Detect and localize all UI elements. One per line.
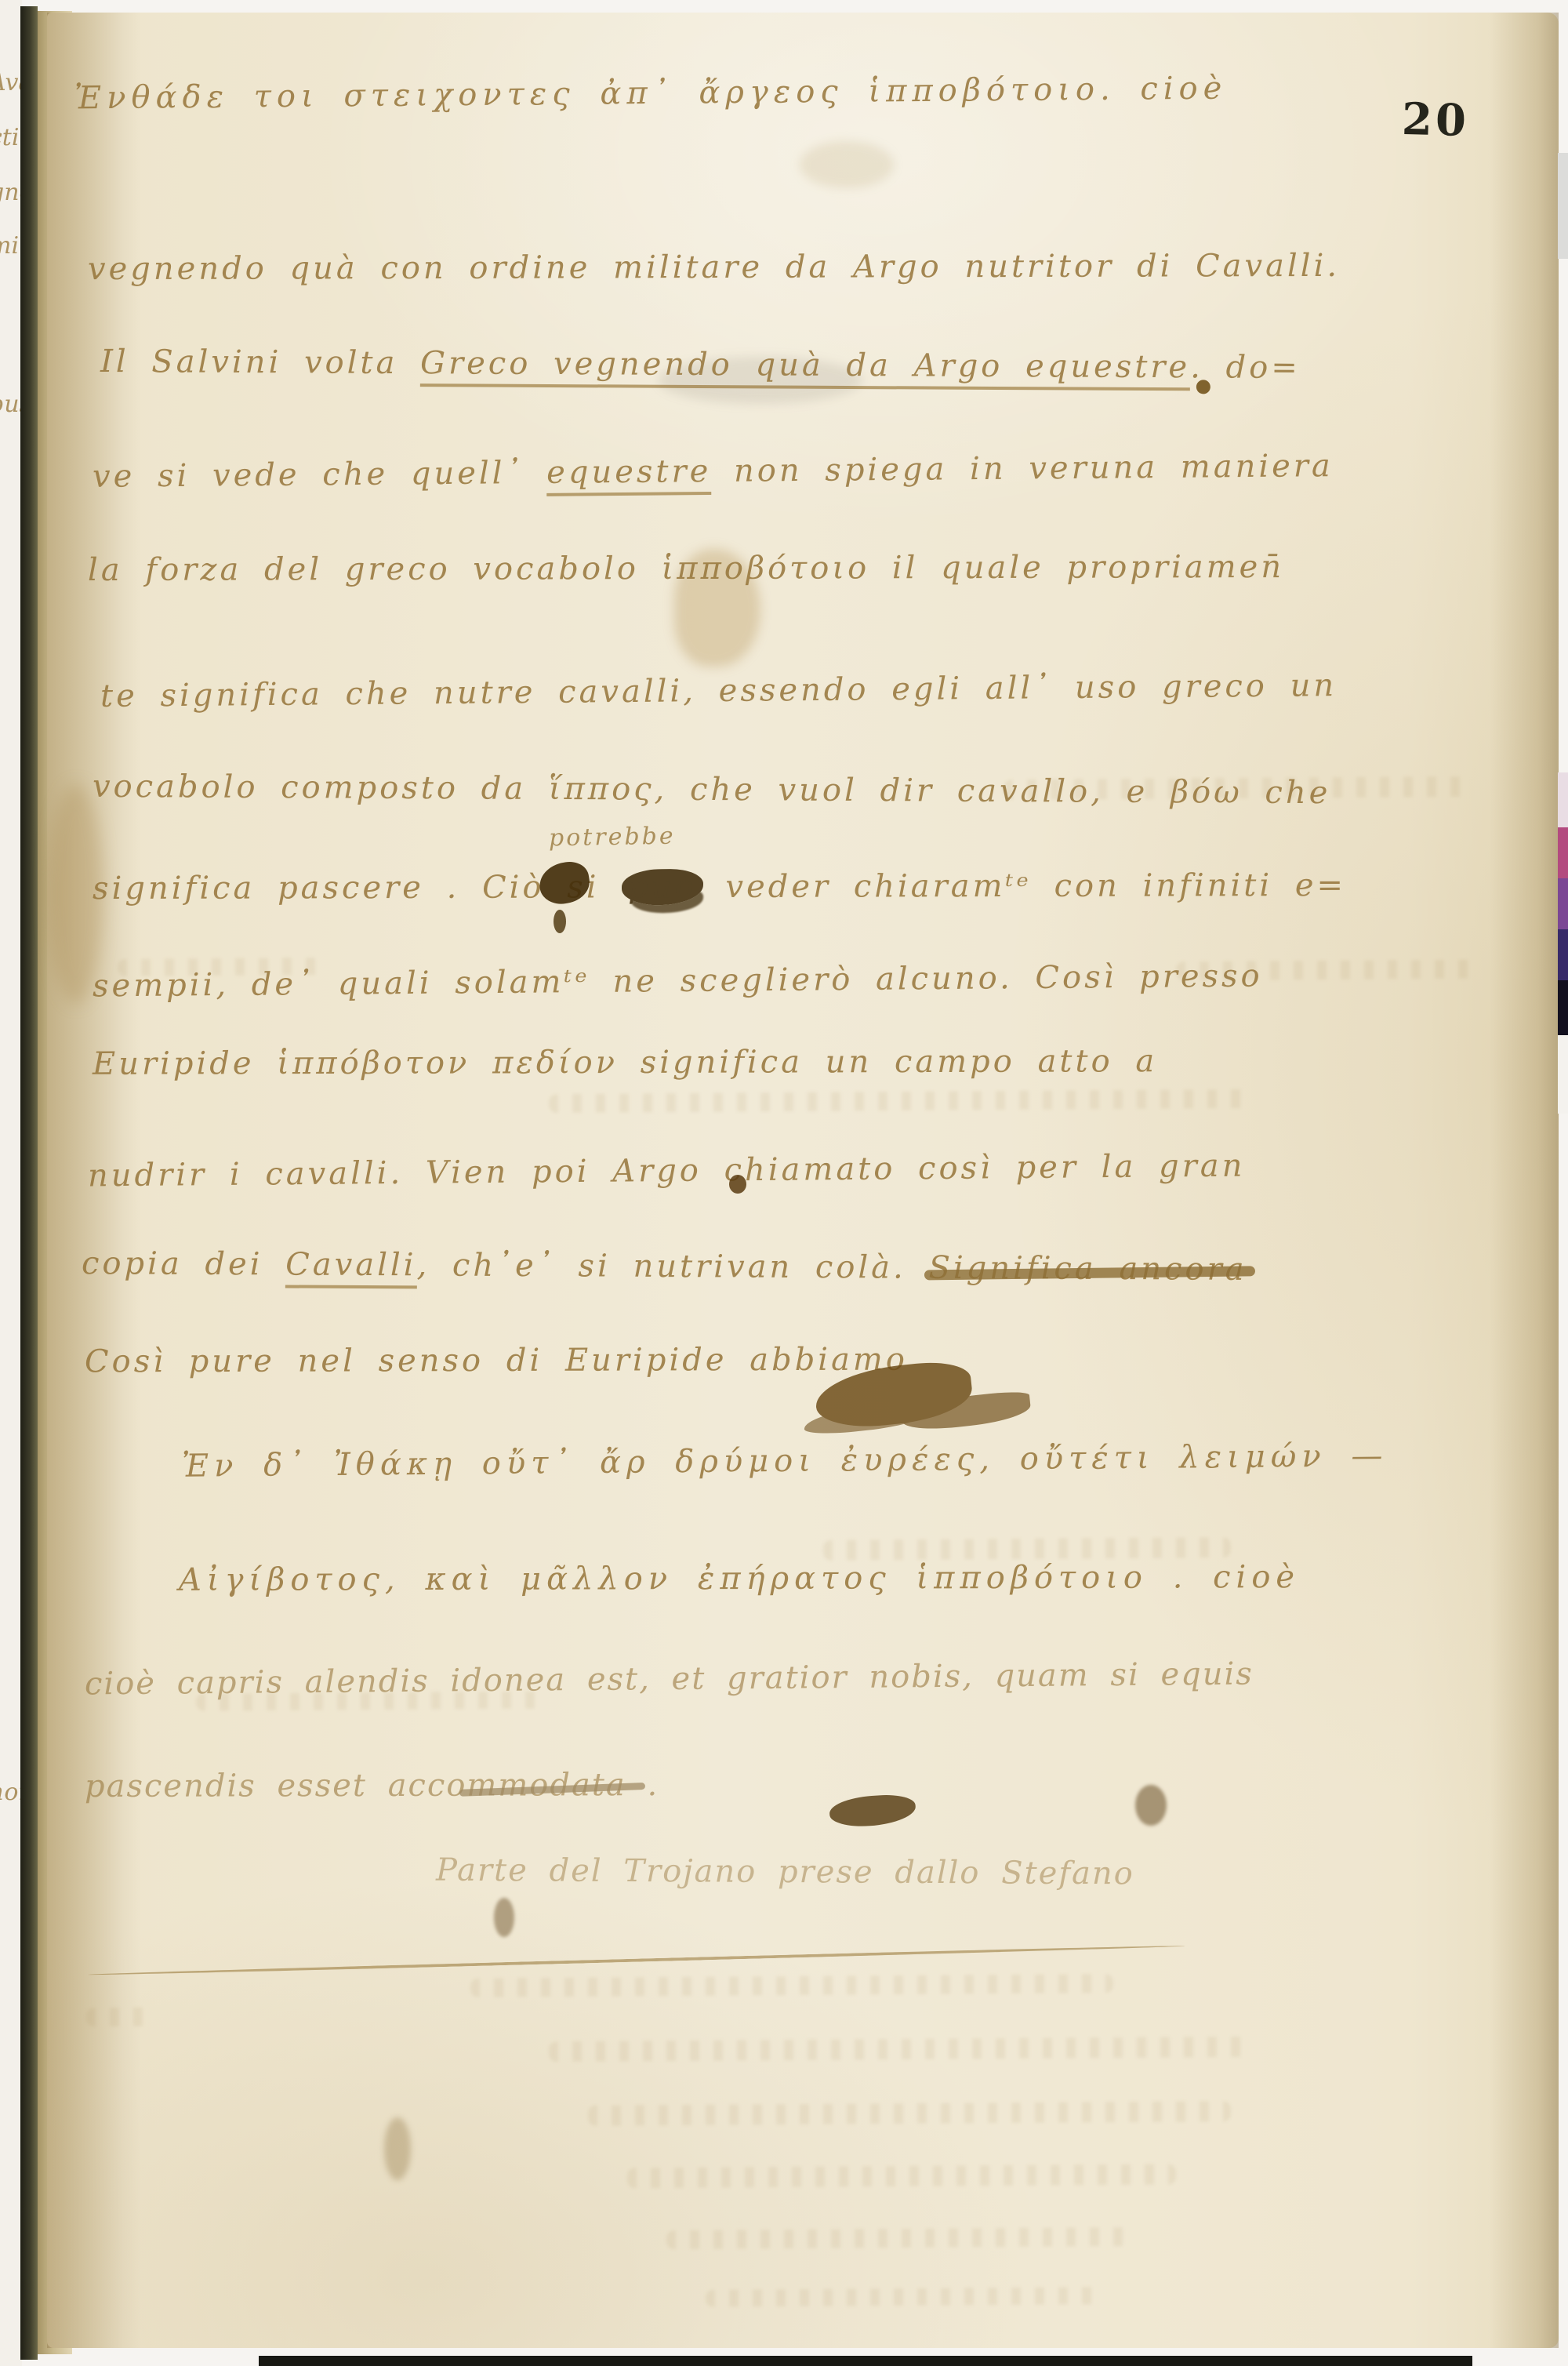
margin-fragment: ctin= xyxy=(0,124,22,151)
manuscript-line-latin: pascendis esset accommodata . xyxy=(85,1767,659,1804)
manuscript-line: copia dei Cavalli, ch᾽e᾽ si nutrivan col… xyxy=(82,1245,1247,1288)
blotted-word: può xyxy=(622,869,703,905)
manuscript-line: la forza del greco vocabolo ἱπποβότοιο i… xyxy=(88,549,1284,588)
margin-fragment: mi= xyxy=(0,232,22,260)
scan-table-edge xyxy=(259,2356,1472,2366)
manuscript-line: Così pure nel senso di Euripide abbiamo xyxy=(85,1342,908,1380)
calibration-strip xyxy=(1558,929,1568,980)
facing-page-edge: Ava= ctin= gne= mi= bus hor xyxy=(0,0,22,2366)
calibration-strip xyxy=(1558,1035,1568,1114)
book-spine xyxy=(20,6,38,2360)
manuscript-photo: Ava= ctin= gne= mi= bus hor 20 Ἐνθάδε το… xyxy=(0,0,1568,2366)
manuscript-line: vegnendo quà con ordine militare da Argo… xyxy=(88,248,1340,287)
deckled-edge xyxy=(1490,13,1559,2348)
manuscript-line: vocabolo composto da ἵππος, che vuol dir… xyxy=(93,769,1331,811)
calibration-strip xyxy=(1558,772,1568,827)
calibration-strip xyxy=(1558,153,1568,259)
manuscript-line: Il Salvini volta Greco vegnendo quà da A… xyxy=(100,343,1301,386)
page-number: 20 xyxy=(1401,93,1470,147)
calibration-strip xyxy=(1558,827,1568,878)
struck-word: accommodata xyxy=(388,1767,626,1804)
underlined-word: Cavalli xyxy=(285,1246,417,1288)
manuscript-line-greek: Euripide ἱππόβοτον πεδίον significa un c… xyxy=(93,1043,1157,1082)
calibration-strip xyxy=(1558,980,1568,1035)
interlinear-insertion: potrebbe xyxy=(549,823,676,852)
manuscript-line: significa pascere . Ciò si può veder chi… xyxy=(93,867,1346,907)
margin-fragment: gne= xyxy=(0,179,22,206)
calibration-strip xyxy=(1558,878,1568,929)
struck-phrase: Significa ancora xyxy=(928,1250,1247,1288)
margin-fragment: bus xyxy=(0,391,22,418)
manuscript-line: Parte del Trojano prese dallo Stefano xyxy=(436,1852,1134,1892)
margin-fragment: Ava= xyxy=(0,69,22,96)
manuscript-line-greek: Αἰγίβοτος, καὶ μᾶλλον ἐπήρατος ἱπποβότοι… xyxy=(179,1559,1300,1598)
underlined-word: equestre xyxy=(546,453,712,496)
margin-fragment: hor xyxy=(0,1779,22,1806)
underlined-phrase: Greco vegnendo quà da Argo equestre xyxy=(420,345,1190,391)
